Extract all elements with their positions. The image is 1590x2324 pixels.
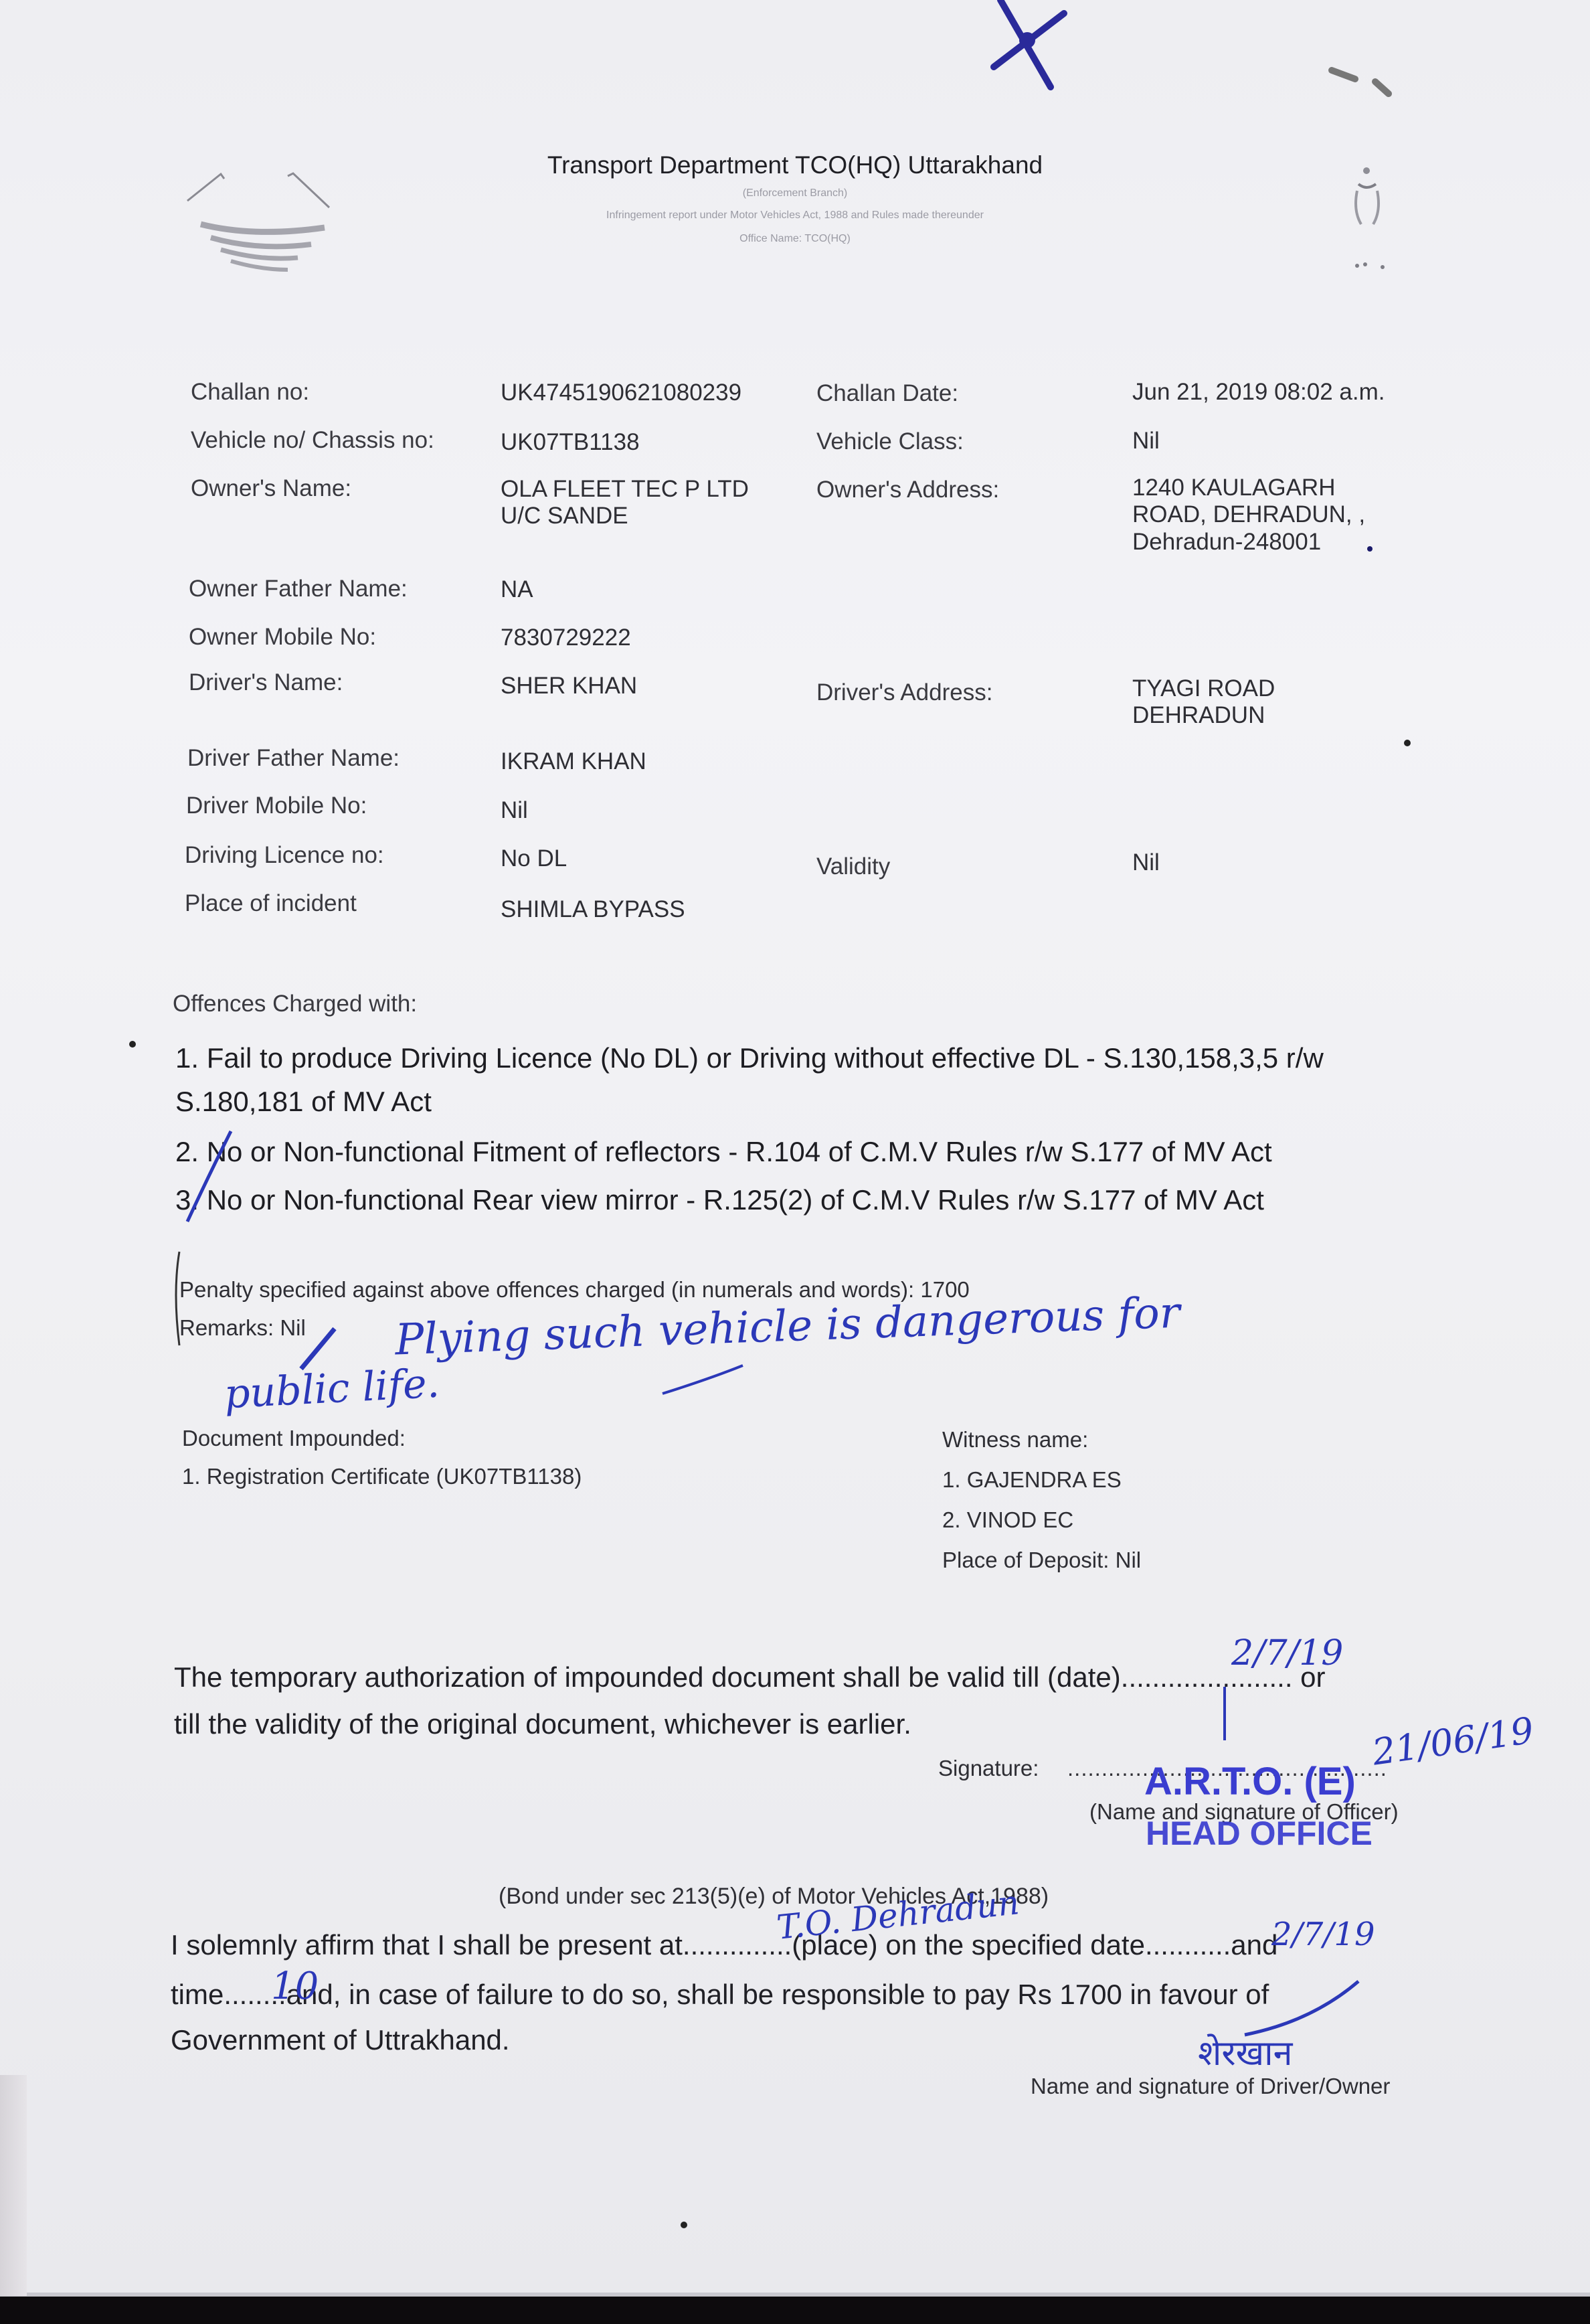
owner-address-line1: 1240 KAULAGARH: [1132, 474, 1335, 502]
remarks-text: Remarks: Nil: [179, 1315, 306, 1341]
vehicle-class-value: Nil: [1132, 427, 1160, 455]
owner-mobile-value: 7830729222: [501, 624, 631, 652]
driver-father-name-label: Driver Father Name:: [187, 745, 400, 772]
driver-name-value: SHER KHAN: [501, 672, 637, 700]
driver-address-line1: TYAGI ROAD: [1132, 675, 1275, 703]
office-name: Office Name: TCO(HQ): [0, 233, 1590, 245]
witness-item-1: 1. GAJENDRA ES: [942, 1467, 1122, 1493]
vehicle-no-label: Vehicle no/ Chassis no:: [191, 427, 434, 454]
witness-heading: Witness name:: [942, 1427, 1088, 1452]
owner-address-line2: ROAD, DEHRADUN, ,: [1132, 501, 1365, 529]
owner-name-value-line2: U/C SANDE: [501, 502, 628, 530]
signature-label: Signature:: [938, 1756, 1039, 1781]
owner-father-name-label: Owner Father Name:: [189, 576, 408, 602]
document-impounded-heading: Document Impounded:: [182, 1426, 406, 1451]
validity-label: Validity: [816, 853, 890, 880]
document-item: 1. Registration Certificate (UK07TB1138): [182, 1464, 582, 1489]
authorization-line2: till the validity of the original docume…: [174, 1700, 911, 1748]
place-of-deposit: Place of Deposit: Nil: [942, 1548, 1141, 1573]
driver-signature: शेरखान: [1198, 2028, 1293, 2076]
owner-father-name-value: NA: [501, 576, 533, 604]
handwritten-valid-date: 2/7/19: [1231, 1633, 1343, 1673]
arto-stamp: A.R.T.O. (E): [1144, 1759, 1356, 1804]
driver-name-label: Driver's Name:: [189, 669, 343, 696]
driver-mobile-label: Driver Mobile No:: [186, 793, 367, 819]
offence-1-line1: 1. Fail to produce Driving Licence (No D…: [175, 1034, 1324, 1082]
penalty-text: Penalty specified against above offences…: [179, 1277, 970, 1303]
driver-address-line2: DEHRADUN: [1132, 701, 1265, 730]
offence-3: 3. No or Non-functional Rear view mirror…: [175, 1176, 1264, 1224]
offence-1-line2: S.180,181 of MV Act: [175, 1078, 432, 1126]
challan-date-label: Challan Date:: [816, 380, 958, 407]
handwritten-bond-date: 2/7/19: [1271, 1916, 1375, 1953]
challan-date-value: Jun 21, 2019 08:02 a.m.: [1132, 378, 1385, 406]
vehicle-class-label: Vehicle Class:: [816, 428, 964, 455]
owner-address-line3: Dehradun-248001: [1132, 528, 1321, 556]
authorization-line1-prefix: The temporary authorization of impounded…: [174, 1661, 1121, 1693]
owner-address-label: Owner's Address:: [816, 477, 999, 503]
owner-name-label: Owner's Name:: [191, 475, 351, 502]
bond-line1: I solemnly affirm that I shall be presen…: [171, 1921, 1277, 1969]
driver-caption: Name and signature of Driver/Owner: [1031, 2074, 1390, 2099]
challan-no-value: UK4745190621080239: [501, 379, 741, 407]
bond-line3: Government of Uttrakhand.: [171, 2016, 510, 2064]
driving-licence-label: Driving Licence no:: [185, 842, 384, 869]
paper-fold-shadow: [0, 2075, 27, 2296]
witness-item-2: 2. VINOD EC: [942, 1507, 1073, 1533]
page-title: Transport Department TCO(HQ) Uttarakhand: [0, 151, 1590, 179]
driver-address-label: Driver's Address:: [816, 679, 992, 706]
offences-heading: Offences Charged with:: [173, 991, 417, 1017]
driver-mobile-value: Nil: [501, 797, 528, 825]
driving-licence-value: No DL: [501, 845, 567, 873]
head-office-stamp: HEAD OFFICE: [1146, 1814, 1373, 1853]
handwritten-bond-time: 10: [271, 1965, 319, 2008]
place-of-incident-label: Place of incident: [185, 890, 357, 917]
place-of-incident-value: SHIMLA BYPASS: [501, 896, 685, 924]
validity-value: Nil: [1132, 849, 1160, 877]
offence-2: 2. No or Non-functional Fitment of refle…: [175, 1128, 1272, 1176]
branch-subtitle: (Enforcement Branch): [0, 187, 1590, 199]
vehicle-no-value: UK07TB1138: [501, 428, 640, 456]
owner-mobile-label: Owner Mobile No:: [189, 624, 376, 651]
challan-no-label: Challan no:: [191, 379, 309, 406]
bond-line2: time........and, in case of failure to d…: [171, 1971, 1269, 2019]
report-subtitle: Infringement report under Motor Vehicles…: [0, 210, 1590, 222]
driver-father-name-value: IKRAM KHAN: [501, 748, 646, 776]
authorization-line1: The temporary authorization of impounded…: [174, 1653, 1326, 1701]
owner-name-value-line1: OLA FLEET TEC P LTD: [501, 475, 749, 503]
